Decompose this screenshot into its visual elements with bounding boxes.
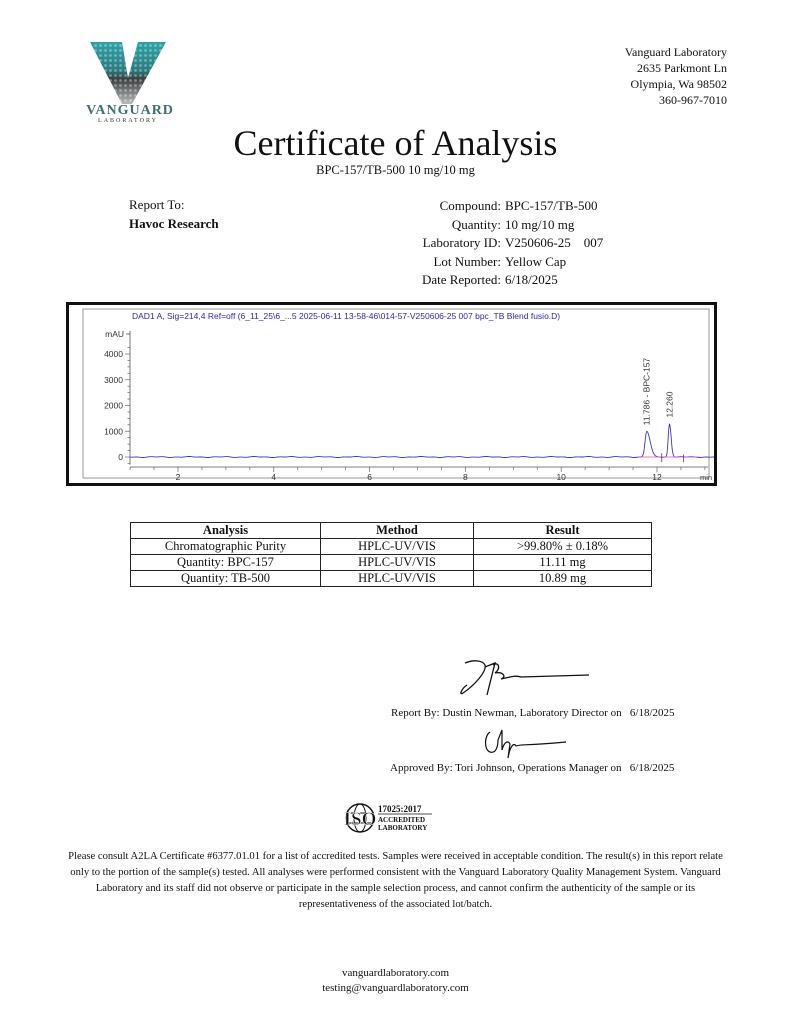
address-line: 2635 Parkmont Ln [625, 60, 727, 76]
table-header-row: Analysis Method Result [131, 523, 652, 539]
iso-text: ISO [344, 809, 377, 830]
cell-result: 11.11 mg [474, 555, 652, 571]
manager-signature-icon [480, 726, 570, 760]
sample-details: Compound: BPC-157/TB-500 Quantity: 10 mg… [390, 197, 603, 290]
table-row: Quantity: TB-500 HPLC-UV/VIS 10.89 mg [131, 571, 652, 587]
detail-label: Quantity: [390, 216, 505, 235]
footer: vanguardlaboratory.com testing@vanguardl… [0, 966, 791, 996]
detail-value: BPC-157/TB-500 [505, 197, 597, 216]
director-signature-icon [455, 655, 595, 700]
cell-method: HPLC-UV/VIS [321, 571, 474, 587]
report-to-label: Report To: [129, 197, 185, 213]
detail-value: 6/18/2025 [505, 271, 558, 290]
detail-value: 10 mg/10 mg [505, 216, 574, 235]
page-title: Certificate of Analysis [0, 122, 791, 164]
cell-analysis: Quantity: BPC-157 [131, 555, 321, 571]
address-line: Vanguard Laboratory [625, 44, 727, 60]
disclaimer-text: Please consult A2LA Certificate #6377.01… [62, 849, 729, 913]
table-row: Chromatographic Purity HPLC-UV/VIS >99.8… [131, 539, 652, 555]
report-by-line: Report By: Dustin Newman, Laboratory Dir… [391, 707, 675, 719]
svg-text:1000: 1000 [104, 426, 123, 436]
svg-text:0: 0 [118, 452, 123, 462]
column-header-method: Method [321, 523, 474, 539]
detail-row-lot-number: Lot Number: Yellow Cap [390, 253, 603, 272]
detail-label: Compound: [390, 197, 505, 216]
svg-text:4000: 4000 [104, 349, 123, 359]
cell-result: 10.89 mg [474, 571, 652, 587]
peak-label: 11.786 - BPC-157 [642, 358, 652, 426]
results-table: Analysis Method Result Chromatographic P… [130, 522, 652, 587]
svg-text:mAU: mAU [105, 329, 124, 339]
svg-text:3000: 3000 [104, 375, 123, 385]
email-link[interactable]: testing@vanguardlaboratory.com [0, 981, 791, 996]
svg-text:10: 10 [556, 472, 566, 482]
svg-text:4: 4 [271, 472, 276, 482]
logo-wordmark: VANGUARD [80, 103, 180, 119]
lab-address: Vanguard Laboratory 2635 Parkmont Ln Oly… [625, 44, 727, 108]
chart-title: DAD1 A, Sig=214,4 Ref=off (6_11_25\6_...… [132, 311, 560, 321]
svg-text:min: min [700, 473, 712, 482]
address-line: 360-967-7010 [625, 92, 727, 108]
detail-label: Date Reported: [390, 271, 505, 290]
cell-method: HPLC-UV/VIS [321, 539, 474, 555]
report-to-name: Havoc Research [129, 216, 219, 232]
detail-row-date-reported: Date Reported: 6/18/2025 [390, 271, 603, 290]
svg-text:2000: 2000 [104, 401, 123, 411]
svg-text:2: 2 [176, 472, 181, 482]
iso-accreditation-badge-icon: ISO 17025:2017 ACCREDITED LABORATORY [340, 802, 440, 834]
chromatogram-chart: DAD1 A, Sig=214,4 Ref=off (6_11_25\6_...… [69, 305, 714, 483]
iso-accredited: ACCREDITED [378, 816, 425, 824]
page-subtitle: BPC-157/TB-500 10 mg/10 mg [0, 163, 791, 178]
detail-row-compound: Compound: BPC-157/TB-500 [390, 197, 603, 216]
peak-label: 12.260 [664, 391, 674, 417]
detail-value: V250606-25 007 [505, 234, 603, 253]
detail-label: Lot Number: [390, 253, 505, 272]
cell-result: >99.80% ± 0.18% [474, 539, 652, 555]
column-header-result: Result [474, 523, 652, 539]
detail-row-quantity: Quantity: 10 mg/10 mg [390, 216, 603, 235]
website-link[interactable]: vanguardlaboratory.com [0, 966, 791, 981]
detail-row-laboratory-id: Laboratory ID: V250606-25 007 [390, 234, 603, 253]
table-row: Quantity: BPC-157 HPLC-UV/VIS 11.11 mg [131, 555, 652, 571]
svg-text:12: 12 [652, 472, 662, 482]
address-line: Olympia, Wa 98502 [625, 76, 727, 92]
cell-analysis: Chromatographic Purity [131, 539, 321, 555]
detail-value: Yellow Cap [505, 253, 566, 272]
iso-standard: 17025:2017 [378, 804, 422, 814]
svg-text:6: 6 [367, 472, 372, 482]
column-header-analysis: Analysis [131, 523, 321, 539]
svg-text:8: 8 [463, 472, 468, 482]
iso-laboratory: LABORATORY [378, 824, 427, 832]
cell-method: HPLC-UV/VIS [321, 555, 474, 571]
approved-by-line: Approved By: Tori Johnson, Operations Ma… [390, 762, 674, 774]
cell-analysis: Quantity: TB-500 [131, 571, 321, 587]
detail-label: Laboratory ID: [390, 234, 505, 253]
